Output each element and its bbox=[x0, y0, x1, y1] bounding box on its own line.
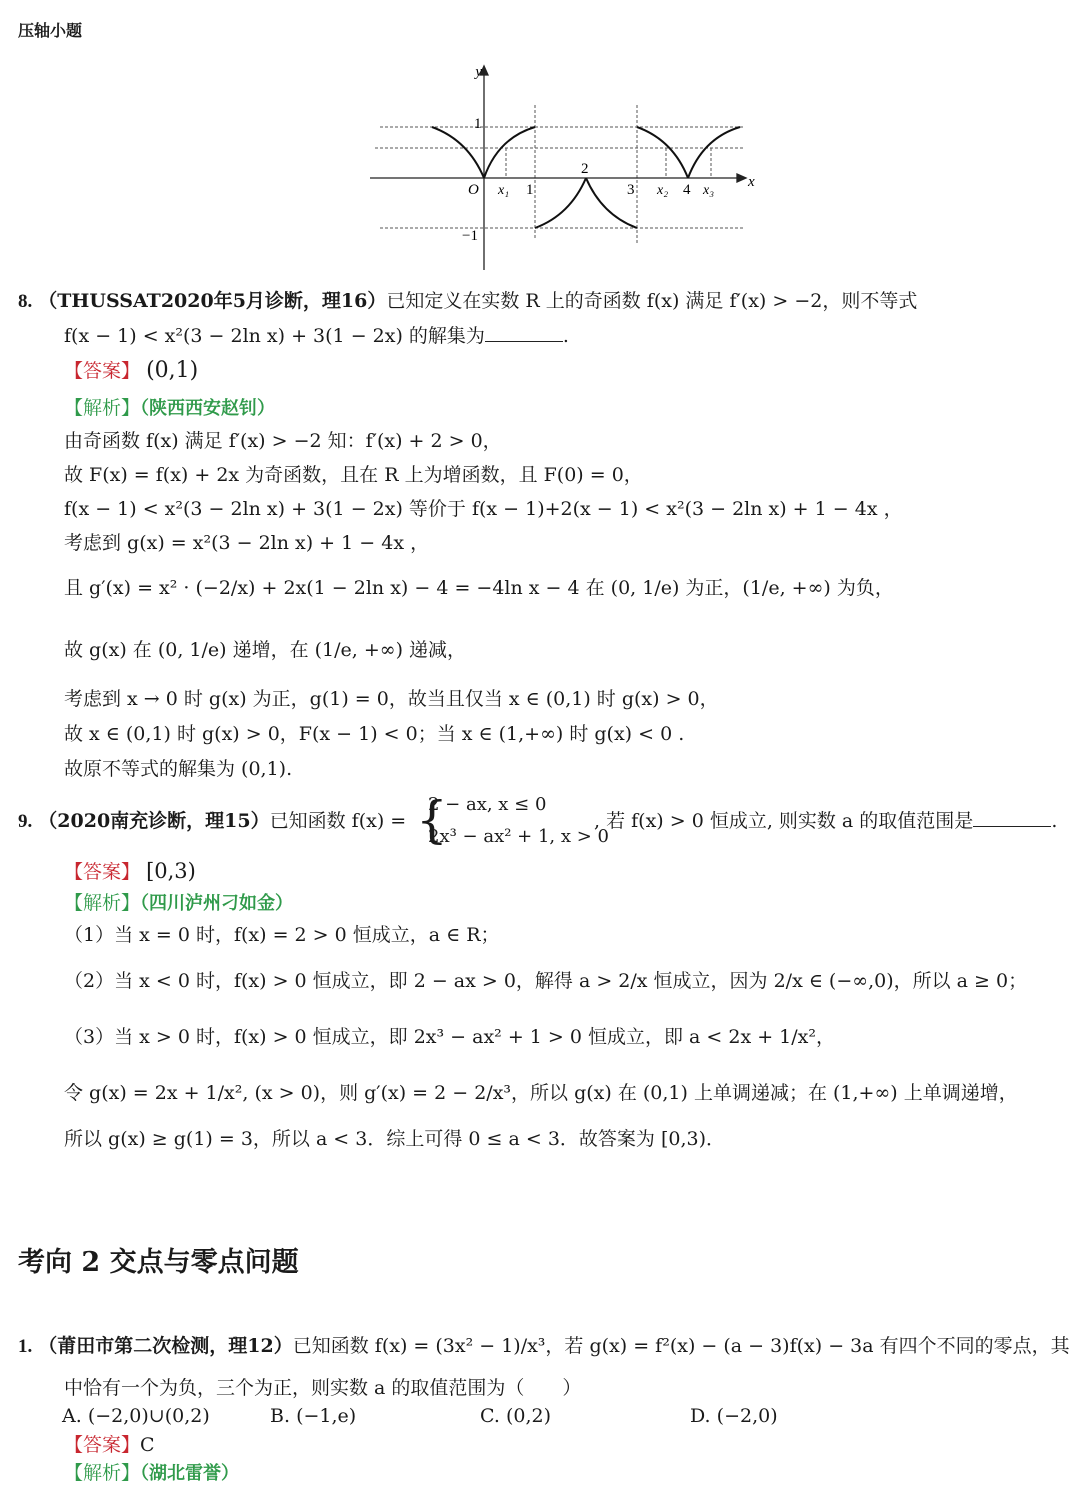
q9-analysis-line-1: （1）当 x = 0 时，f(x) = 2 > 0 恒成立，a ∈ R； bbox=[64, 922, 500, 948]
q8-stem-line2: f(x − 1) < x²(3 − 2ln x) + 3(1 − 2x) 的解集… bbox=[64, 323, 569, 349]
q9-source: （2020南充诊断，理15） bbox=[38, 810, 269, 832]
y-tick-neg1: −1 bbox=[462, 228, 478, 244]
section-title: 考向 2 交点与零点问题 bbox=[18, 1240, 299, 1279]
q8-answer-label: 【答案】 bbox=[64, 360, 140, 382]
x-tick-1: 1 bbox=[526, 182, 534, 198]
s2q1-stem-line2: 中恰有一个为负，三个为正，则实数 a 的取值范围为（ ） bbox=[64, 1375, 581, 1401]
choice-b-value: (−1,e) bbox=[296, 1403, 356, 1429]
x-tick-x1: x₁ bbox=[497, 183, 509, 198]
s2q1-answer-value: C bbox=[140, 1434, 155, 1456]
q8-answer-row: 【答案】 (0,1) bbox=[64, 358, 198, 384]
choice-b[interactable]: B. (−1,e) bbox=[270, 1403, 356, 1429]
q8-analysis-line-8: 故 x ∈ (0,1) 时 g(x) > 0，F(x − 1) < 0；当 x … bbox=[64, 721, 684, 747]
q8-answer-value: (0,1) bbox=[146, 358, 198, 383]
x-tick-4: 4 bbox=[683, 182, 691, 198]
page-heading: 压轴小题 bbox=[18, 18, 82, 41]
choice-c-label: C. bbox=[480, 1403, 500, 1429]
s2q1-analysis-row: 【解析】（湖北雷誉） bbox=[64, 1460, 239, 1487]
x-axis-label: x bbox=[747, 174, 755, 190]
q9-number: 9. bbox=[18, 811, 32, 832]
q9-analysis-row: 【解析】（四川泸州刁如金） bbox=[64, 890, 293, 917]
q9-stem-prefix: 已知函数 f(x) = bbox=[270, 810, 407, 832]
q9-piece-2: 2x³ − ax² + 1, x > 0 bbox=[428, 824, 609, 850]
y-axis-label: y bbox=[473, 64, 482, 80]
s2q1-answer-row: 【答案】C bbox=[64, 1432, 155, 1458]
q9-analysis-author: （四川泸州刁如金） bbox=[140, 893, 293, 914]
q9-stem-suffix-row: , 若 f(x) > 0 恒成立, 则实数 a 的取值范围是. bbox=[594, 808, 1057, 834]
choice-d[interactable]: D. (−2,0) bbox=[690, 1403, 778, 1429]
q8-analysis-author: （陕西西安赵钊） bbox=[140, 398, 275, 419]
s2q1-source: （莆田市第二次检测，理12） bbox=[38, 1335, 292, 1357]
y-tick-1: 1 bbox=[474, 116, 482, 132]
s2q1-analysis-label: 【解析】 bbox=[64, 1462, 140, 1484]
q8-stem-text: 已知定义在实数 R 上的奇函数 f(x) 满足 f′(x) > −2，则不等式 bbox=[386, 290, 917, 312]
s2q1-answer-label: 【答案】 bbox=[64, 1434, 140, 1456]
q9-piece-1: 2 − ax, x ≤ 0 bbox=[428, 792, 546, 818]
q8-analysis-line-4: 考虑到 g(x) = x²(3 − 2ln x) + 1 − 4x ， bbox=[64, 530, 429, 556]
q9-analysis-line-4: 令 g(x) = 2x + 1/x², (x > 0)，则 g′(x) = 2 … bbox=[64, 1080, 1018, 1106]
s2q1-analysis-author: （湖北雷誉） bbox=[140, 1463, 239, 1484]
q8-analysis-line-9: 故原不等式的解集为 (0,1). bbox=[64, 756, 292, 782]
q9-answer-blank bbox=[973, 808, 1051, 827]
q9-stem-suffix: , 若 f(x) > 0 恒成立, 则实数 a 的取值范围是 bbox=[594, 810, 973, 832]
q8-source: （THUSSAT2020年5月诊断，理16） bbox=[38, 290, 386, 312]
q9-answer-row: 【答案】 [0,3) bbox=[64, 858, 196, 885]
x-tick-3: 3 bbox=[627, 182, 635, 198]
q8-inequality: f(x − 1) < x²(3 − 2ln x) + 3(1 − 2x) 的解集… bbox=[64, 325, 485, 347]
q8-stem-line1: 8. （THUSSAT2020年5月诊断，理16）已知定义在实数 R 上的奇函数… bbox=[18, 288, 917, 315]
choice-d-value: (−2,0) bbox=[717, 1403, 778, 1429]
choice-a[interactable]: A. (−2,0)∪(0,2) bbox=[62, 1403, 210, 1429]
q9-analysis-line-2: （2）当 x < 0 时，f(x) > 0 恒成立，即 2 − ax > 0，解… bbox=[64, 968, 1027, 994]
q9-period: . bbox=[1051, 810, 1057, 832]
choice-d-label: D. bbox=[690, 1403, 711, 1429]
q9-analysis-line-5: 所以 g(x) ≥ g(1) = 3，所以 a < 3．综上可得 0 ≤ a <… bbox=[64, 1126, 725, 1152]
choice-c-value: (0,2) bbox=[506, 1403, 551, 1429]
q9-stem: 9. （2020南充诊断，理15）已知函数 f(x) = bbox=[18, 808, 406, 835]
q8-analysis-label: 【解析】 bbox=[64, 397, 140, 419]
choice-a-label: A. bbox=[62, 1403, 82, 1429]
x-tick-x2: x₂ bbox=[656, 183, 668, 198]
origin-label: O bbox=[468, 182, 479, 198]
choice-b-label: B. bbox=[270, 1403, 290, 1429]
q9-analysis-line-3: （3）当 x > 0 时，f(x) > 0 恒成立，即 2x³ − ax² + … bbox=[64, 1024, 835, 1050]
x-tick-2: 2 bbox=[581, 161, 589, 177]
s2q1-number: 1. bbox=[18, 1336, 32, 1357]
q9-analysis-label: 【解析】 bbox=[64, 892, 140, 914]
q8-period: . bbox=[563, 325, 569, 347]
q8-analysis-line-2: 故 F(x) = f(x) + 2x 为奇函数，且在 R 上为增函数，且 F(0… bbox=[64, 462, 643, 488]
q8-analysis-line-3: f(x − 1) < x²(3 − 2ln x) + 3(1 − 2x) 等价于… bbox=[64, 496, 903, 522]
choice-a-value: (−2,0)∪(0,2) bbox=[88, 1403, 210, 1429]
q8-analysis-line-1: 由奇函数 f(x) 满足 f′(x) > −2 知：f′(x) + 2 > 0， bbox=[64, 428, 502, 454]
function-graph-figure: y x O 1 −1 x₁ 1 2 3 x₂ 4 x₃ bbox=[370, 60, 770, 275]
q9-answer-value: [0,3) bbox=[146, 859, 196, 883]
q8-analysis-line-7: 考虑到 x → 0 时 g(x) 为正，g(1) = 0，故当且仅当 x ∈ (… bbox=[64, 686, 719, 712]
choice-c[interactable]: C. (0,2) bbox=[480, 1403, 551, 1429]
q8-analysis-line-5: 且 g′(x) = x² · (−2/x) + 2x(1 − 2ln x) − … bbox=[64, 575, 894, 601]
q8-analysis-row: 【解析】（陕西西安赵钊） bbox=[64, 395, 275, 422]
q8-number: 8. bbox=[18, 291, 32, 312]
s2q1-stem-line1: 1. （莆田市第二次检测，理12）已知函数 f(x) = (3x² − 1)/x… bbox=[18, 1333, 1070, 1360]
q8-analysis-line-6: 故 g(x) 在 (0, 1/e) 递增，在 (1/e, +∞) 递减， bbox=[64, 637, 466, 663]
x-tick-x3: x₃ bbox=[702, 183, 714, 198]
q9-answer-label: 【答案】 bbox=[64, 861, 140, 883]
q8-answer-blank bbox=[485, 323, 563, 342]
s2q1-stem-text: 已知函数 f(x) = (3x² − 1)/x³，若 g(x) = f²(x) … bbox=[293, 1335, 1070, 1357]
